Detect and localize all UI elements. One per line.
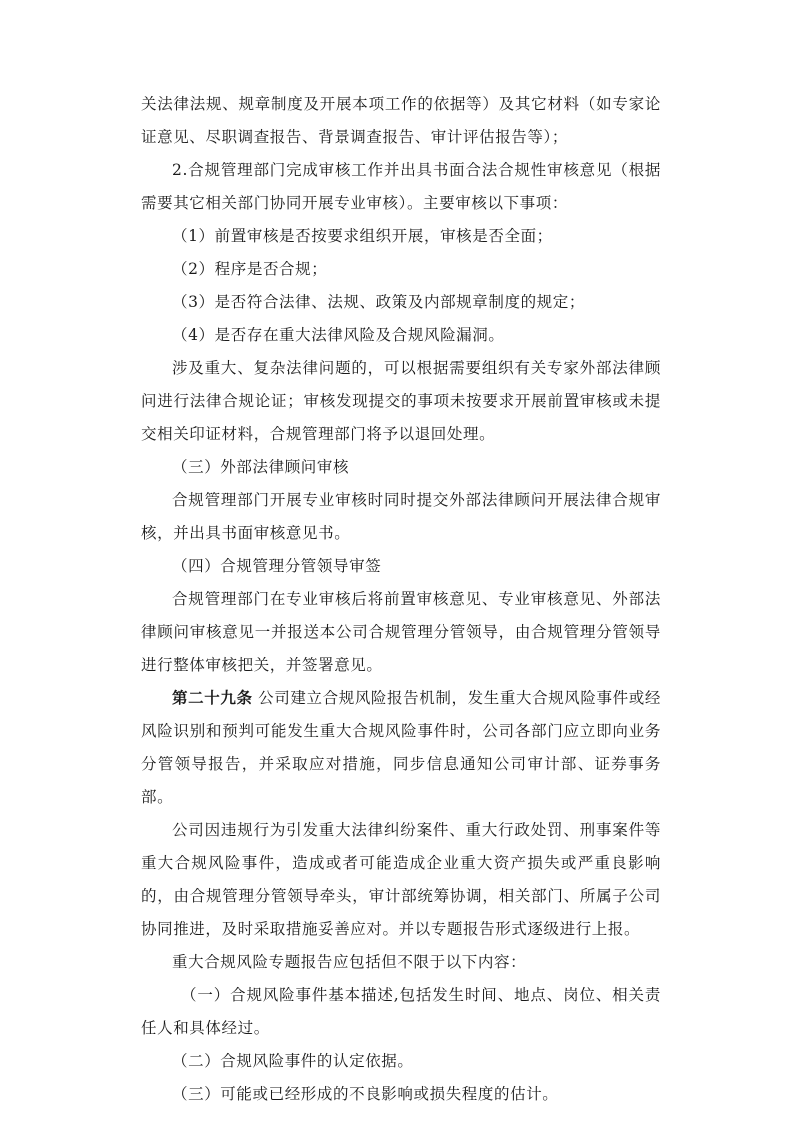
report-item-1: （一）合规风险事件基本描述,包括发生时间、地点、岗位、相关责任人和具体经过。 [141,979,661,1045]
list-item-3: （3）是否符合法律、法规、政策及内部规章制度的规定； [141,286,661,319]
paragraph-major-risk-events: 公司因违规行为引发重大法律纠纷案件、重大行政处罚、刑事案件等重大合规风险事件，造… [141,814,661,946]
list-item-1: （1）前置审核是否按要求组织开展，审核是否全面； [141,220,661,253]
paragraph-review-opinion: 2.合规管理部门完成审核工作并出具书面合法合规性审核意见（根据需要其它相关部门协… [141,154,661,220]
list-item-4: （4）是否存在重大法律风险及合规风险漏洞。 [141,319,661,352]
section-heading-leader-signoff: （四）合规管理分管领导审签 [141,550,661,583]
paragraph-report-contents: 重大合规风险专题报告应包括但不限于以下内容： [141,946,661,979]
section-heading-external-counsel: （三）外部法律顾问审核 [141,451,661,484]
paragraph-leader-signoff: 合规管理部门在专业审核后将前置审核意见、专业审核意见、外部法律顾问审核意见一并报… [141,583,661,682]
list-item-2: （2）程序是否合规； [141,253,661,286]
document-page: 关法律法规、规章制度及开展本项工作的依据等）及其它材料（如专家论证意见、尽职调查… [141,88,661,1111]
paragraph-external-counsel: 合规管理部门开展专业审核时同时提交外部法律顾问开展法律合规审核，并出具书面审核意… [141,484,661,550]
article-29: 第二十九条 公司建立合规风险报告机制，发生重大合规风险事件或经风险识别和预判可能… [141,682,661,814]
article-heading: 第二十九条 [172,689,253,707]
report-item-3: （三）可能或已经形成的不良影响或损失程度的估计。 [141,1078,661,1111]
report-item-2: （二）合规风险事件的认定依据。 [141,1045,661,1078]
paragraph-materials-continued: 关法律法规、规章制度及开展本项工作的依据等）及其它材料（如专家论证意见、尽职调查… [141,88,661,154]
paragraph-complex-legal: 涉及重大、复杂法律问题的，可以根据需要组织有关专家外部法律顾问进行法律合规论证；… [141,352,661,451]
